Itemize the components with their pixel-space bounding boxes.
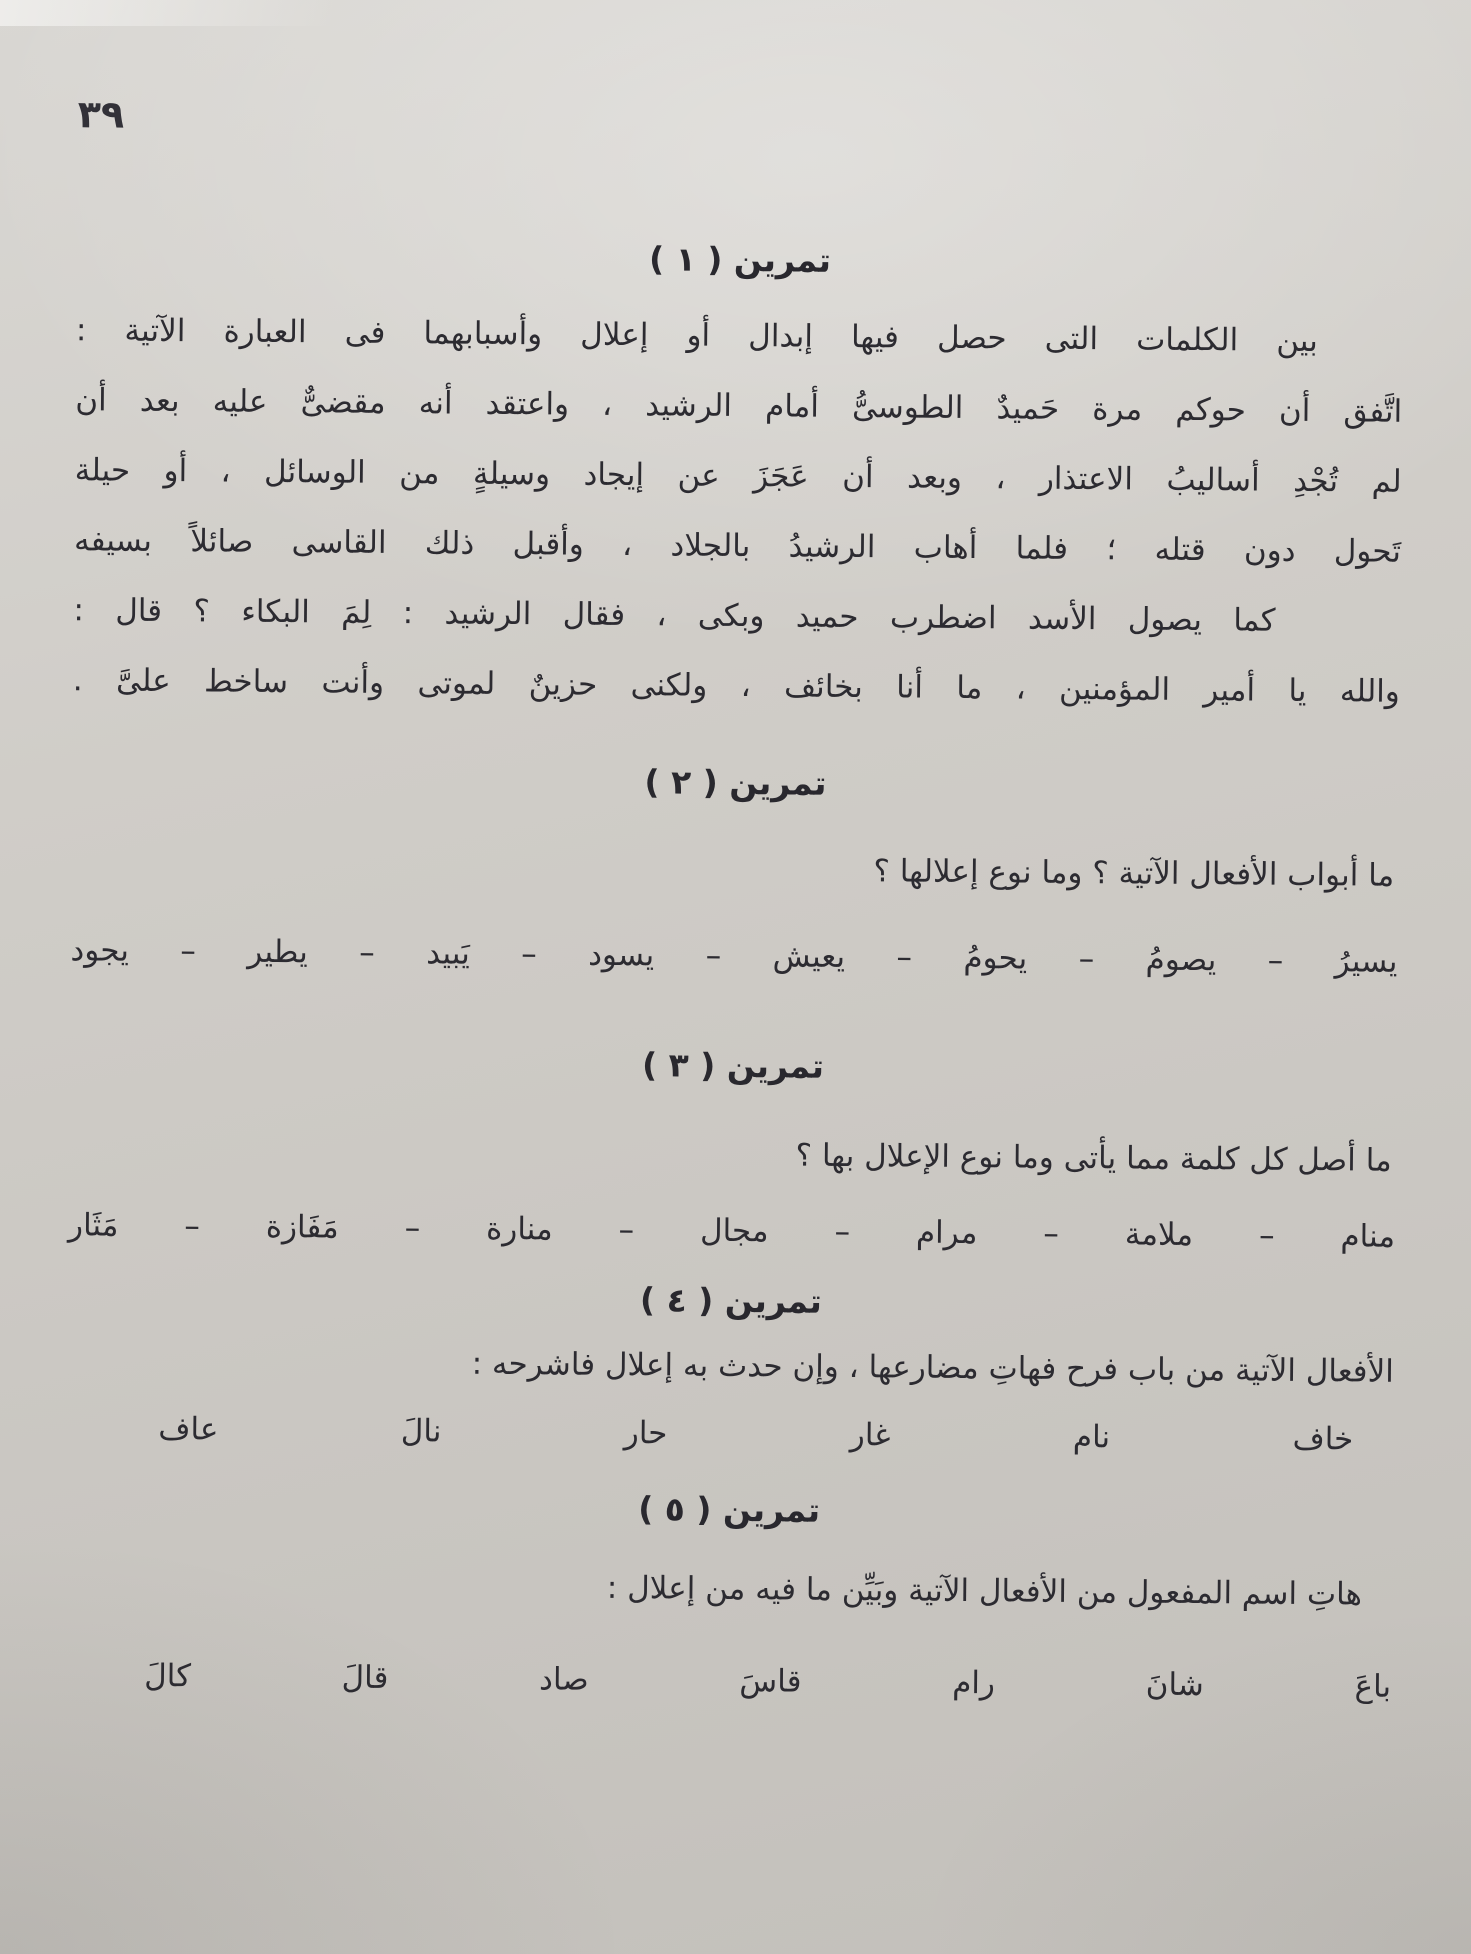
passage-line: اتَّفق أن حوكم مرة حَميدٌ الطوسىُّ أمام … bbox=[75, 365, 1403, 447]
word-item: حار bbox=[624, 1415, 668, 1451]
word-item: نالَ bbox=[401, 1413, 442, 1449]
passage-line: كما يصول الأسد اضطرب حميد وبكى ، فقال ال… bbox=[73, 575, 1401, 657]
scanned-page: ٣٩ تمرين ( ١ ) بين الكلمات التى حصل فيها… bbox=[0, 0, 1471, 1954]
exercise-2-verbs: يسيرُ – يصومُ – يحومُ – يعيش – يسود – يَ… bbox=[70, 918, 1398, 994]
exercise-3-title: تمرين ( ٣ ) bbox=[69, 1040, 1396, 1091]
word-item: صاد bbox=[539, 1661, 589, 1697]
exercise-4-word-row: خاف نام غار حار نالَ عاف bbox=[66, 1410, 1393, 1458]
exercise-5-prompt: هاتِ اسم المفعول من الأفعال الآتية وبَيِ… bbox=[65, 1551, 1393, 1627]
word-item: كالَ bbox=[144, 1658, 191, 1694]
exercise-4-prompt: الأفعال الآتية من باب فرح فهاتِ مضارعها … bbox=[67, 1328, 1395, 1404]
exercise-1-passage: بين الكلمات التى حصل فيها إبدال أو إعلال… bbox=[73, 295, 1404, 727]
word-item: قاسَ bbox=[739, 1663, 801, 1700]
exercise-3-prompt: ما أصل كل كلمة مما يأتى وما نوع الإعلال … bbox=[68, 1117, 1396, 1193]
word-item: قالَ bbox=[341, 1660, 388, 1696]
word-item: باعَ bbox=[1354, 1668, 1391, 1704]
word-item: رام bbox=[952, 1665, 995, 1701]
word-item: عاف bbox=[158, 1411, 218, 1448]
exercise-5-word-row: باعَ شانَ رام قاسَ صاد قالَ كالَ bbox=[64, 1657, 1391, 1705]
exercise-1-title: تمرين ( ١ ) bbox=[76, 234, 1403, 285]
exercise-4-title: تمرين ( ٤ ) bbox=[67, 1275, 1394, 1326]
word-item: نام bbox=[1073, 1419, 1111, 1455]
text-column: تمرين ( ١ ) بين الكلمات التى حصل فيها إب… bbox=[0, 0, 1471, 1705]
word-item: شانَ bbox=[1146, 1667, 1204, 1704]
page-content: ٣٩ تمرين ( ١ ) بين الكلمات التى حصل فيها… bbox=[0, 0, 1471, 1954]
exercise-5-title: تمرين ( ٥ ) bbox=[66, 1484, 1393, 1535]
word-item: غار bbox=[850, 1417, 891, 1453]
passage-line: تَحول دون قتله ؛ فلما أهاب الرشيدُ بالجل… bbox=[74, 505, 1402, 587]
word-item: خاف bbox=[1292, 1421, 1353, 1458]
passage-line: والله يا أمير المؤمنين ، ما أنا بخائف ، … bbox=[73, 645, 1401, 727]
exercise-2-prompt: ما أبواب الأفعال الآتية ؟ وما نوع إعلاله… bbox=[71, 832, 1399, 908]
passage-line: بين الكلمات التى حصل فيها إبدال أو إعلال… bbox=[76, 295, 1404, 377]
passage-line: لم تُجْدِ أساليبُ الاعتذار ، وبعد أن عَج… bbox=[74, 435, 1402, 517]
exercise-2-title: تمرين ( ٢ ) bbox=[72, 757, 1399, 808]
exercise-3-verbs: منام – ملامة – مرام – مجال – منارة – مَف… bbox=[68, 1193, 1396, 1269]
